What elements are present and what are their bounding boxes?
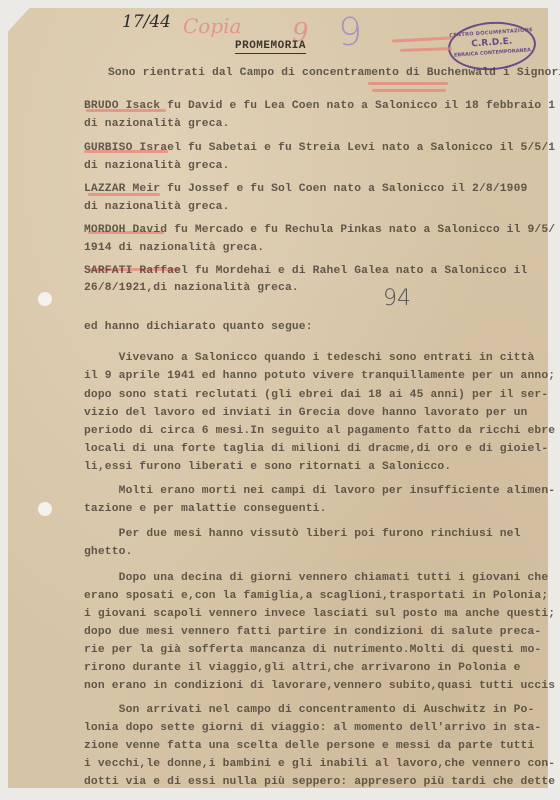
red-underline-mark [368, 82, 448, 85]
typed-line: SARFATI Raffael fu Mordehai e di Rahel G… [84, 264, 527, 278]
typed-line: Son arrivati nel campo di concentramento… [84, 703, 534, 717]
typed-line: dotti via e di essi nulla più seppero: a… [84, 775, 555, 789]
typed-line: Per due mesi hanno vissutò liberi poi fu… [84, 527, 521, 541]
typed-line: Dopo una decina di giorni vennero chiama… [84, 571, 548, 585]
punch-hole [38, 502, 52, 516]
typed-line: i giovani scapoli vennero invece lasciat… [84, 607, 555, 621]
handwritten-reference: 17/44 [122, 12, 171, 32]
typed-line: LAZZAR Meir fu Jossef e fu Sol Coen nato… [84, 182, 527, 196]
typed-line: ghetto. [84, 545, 133, 559]
typed-line: MORDOH David fu Mercado e fu Rechula Pin… [84, 223, 555, 237]
typed-line: rirono durante il viaggio,gli altri,che … [84, 661, 521, 675]
typed-line: dopo sono stati reclutati (gli ebrei dai… [84, 388, 548, 402]
typed-line: rie per la già sofferta mancanza di nutr… [84, 643, 541, 657]
handwritten-number-purple: 9 [338, 10, 362, 54]
typed-line: i vecchi,le donne,i bambini e gli inabil… [84, 757, 555, 771]
typed-line: GURBISO Israel fu Sabetai e fu Streia Le… [84, 141, 555, 155]
typed-line: di nazionalità greca. [84, 200, 230, 214]
typed-line: Molti erano morti nei campi di lavoro pe… [84, 484, 555, 498]
typed-line: non erano in condizioni di lavorare,venn… [84, 679, 555, 693]
handwritten-copia: Copia [183, 14, 241, 38]
typed-line: BRUDO Isack fu David e fu Lea Coen nato … [84, 99, 555, 113]
typed-line: 1914 di nazionalità greca. [84, 241, 264, 255]
typed-line: tazione e per malattie conseguenti. [84, 502, 327, 516]
document-title: PROMEMORIA [235, 40, 306, 54]
pencil-number: 94 [383, 286, 411, 311]
punch-hole [38, 292, 52, 306]
typed-line: ed hanno dichiarato quanto segue: [84, 320, 313, 334]
typed-line: lonia dopo sette giorni di viaggio: al m… [84, 721, 541, 735]
typed-line: periodo di circa 6 mesi.In seguito al pa… [84, 424, 555, 438]
typed-line: zione venne fatta una scelta delle perso… [84, 739, 534, 753]
typed-line: di nazionalità greca. [84, 117, 230, 131]
typed-line: Vivevano a Salonicco quando i tedeschi s… [84, 351, 534, 365]
typed-line: 26/8/1921,di nazionalità greca. [84, 281, 299, 295]
typed-line: il 9 aprile 1941 ed hanno potuto vivere … [84, 369, 555, 383]
typed-line: li,essi furono liberati e sono ritornati… [84, 460, 451, 474]
typed-line: vizio del lavoro ed inviati in Grecia do… [84, 406, 527, 420]
typed-line: dopo due mesi vennero fatti partire in c… [84, 625, 541, 639]
typed-line: di nazionalità greca. [84, 159, 230, 173]
red-underline-mark [372, 89, 446, 92]
typed-line: Sono rientrati dal Campo di concentramen… [108, 66, 560, 80]
typed-line: erano sposati e,con la famiglia,a scagli… [84, 589, 548, 603]
typed-line: locali di una forte taglia di milioni di… [84, 442, 548, 456]
